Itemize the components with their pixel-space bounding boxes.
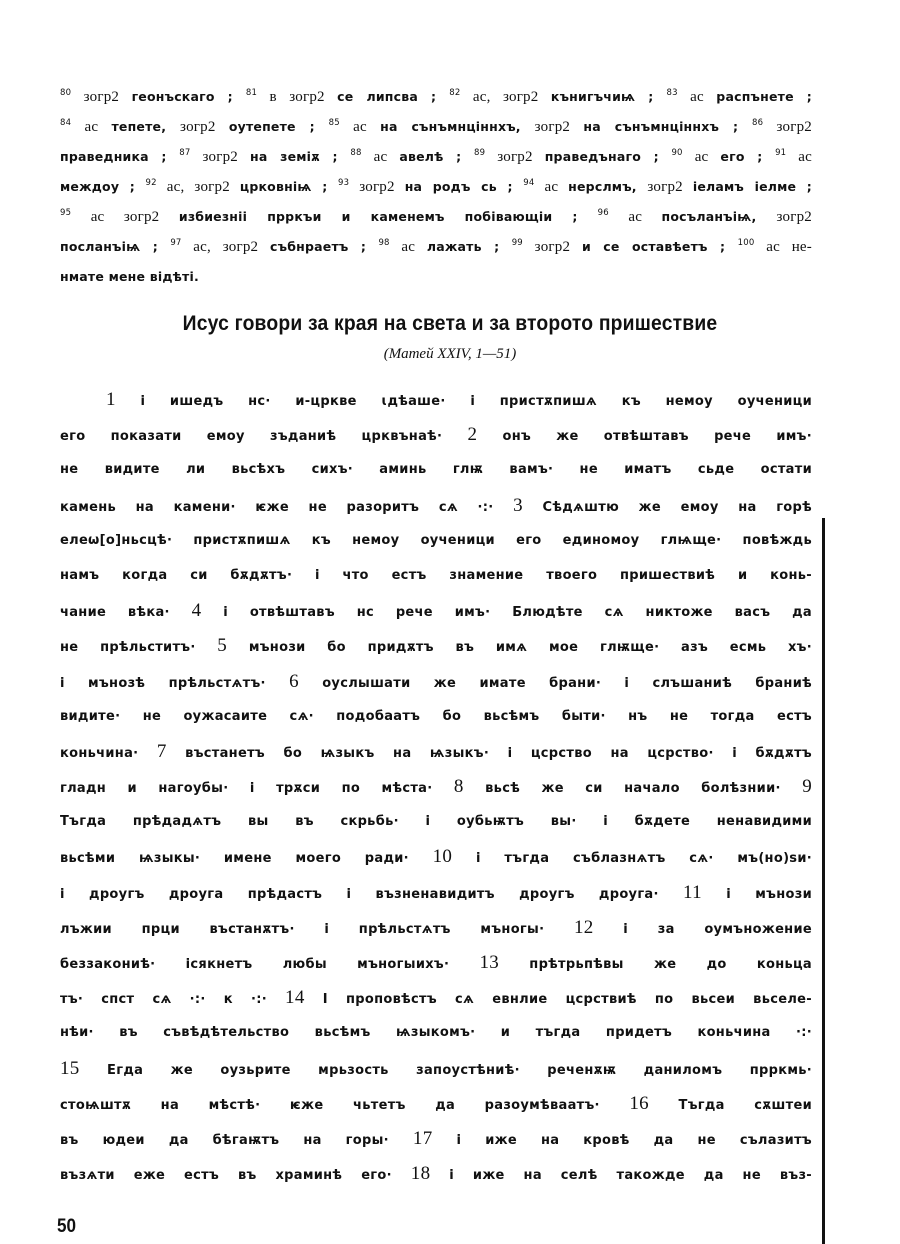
verse-number: 5 <box>217 635 227 656</box>
variant-reading: на родъ сь ; <box>405 179 524 194</box>
text-line: і дроугъ дроуга прѣдастъ і възненавидитъ… <box>60 875 812 910</box>
manuscript-siglum: зогр2 <box>647 179 692 195</box>
verse-text: і мънозѣ прѣльстѧтъ· <box>60 676 289 691</box>
variant-reading: междоу ; <box>60 179 146 194</box>
footnote-number: 92 <box>146 178 157 188</box>
footnote-number: 89 <box>474 148 485 158</box>
text-line: въ юдеи да бѣгаѭтъ на горы· 17 і иже на … <box>60 1121 812 1156</box>
text-line: не прѣльститъ· 5 мънози бо придѫтъ въ им… <box>60 628 812 663</box>
verse-text: стоѩштѫ на мѣстѣ· ѥже чьтетъ да разоумѣв… <box>60 1098 629 1113</box>
manuscript-siglum: ас <box>678 89 717 105</box>
verse-text: вьсѣми ѩзыкы· имене моего ради· <box>60 851 433 866</box>
text-line: възѧти еже естъ въ храминѣ его· 18 і иже… <box>60 1156 812 1191</box>
manuscript-siglum: ас, зогр2 <box>460 89 550 105</box>
verse-text: і за оумъножение <box>594 922 812 937</box>
footnote-number: 93 <box>338 178 349 188</box>
variant-reading: кънигъчиѩ ; <box>551 89 667 104</box>
page-number: 50 <box>57 1216 76 1238</box>
variant-reading: его ; <box>720 149 775 164</box>
manuscript-siglum: зогр2 <box>523 239 582 255</box>
manuscript-siglum: зогр2 <box>763 119 812 135</box>
verse-number: 4 <box>192 600 202 621</box>
footnote-number: 96 <box>598 208 609 218</box>
manuscript-siglum: зогр2 <box>535 119 584 135</box>
verse-text: і мънози <box>702 887 812 902</box>
verse-text: не видите ли вьсѣхъ сихъ· аминь глѭ вамъ… <box>60 462 812 477</box>
verse-text: прѣтрьпѣвы же до коньца <box>499 957 812 972</box>
verse-text: вьсѣ же си начало болѣзнии· <box>464 781 802 796</box>
verse-text: і дроугъ дроуга прѣдастъ і възненавидитъ… <box>60 887 683 902</box>
footnote-number: 100 <box>738 238 755 248</box>
manuscript-siglum: ас <box>683 149 721 165</box>
text-line: камень на камени· ѥже не разоритъ сѧ ·:·… <box>60 488 812 523</box>
text-line: видите· не оужасаите сѧ· подобаатъ бо вь… <box>60 699 812 734</box>
footnote-number: 94 <box>523 178 534 188</box>
verse-number: 6 <box>289 671 299 692</box>
text-line: не видите ли вьсѣхъ сихъ· аминь глѭ вамъ… <box>60 452 812 487</box>
text-line: Тъгда прѣдадѧтъ вы въ скрьбь· і оубьѭтъ … <box>60 804 812 839</box>
footnote-number: 85 <box>329 118 340 128</box>
footnote-line: нмате мене вiдѣтi. <box>60 262 812 292</box>
text-line: елеѡ[о]ньсцѣ· пристѫпишѧ къ немоу оучени… <box>60 523 812 558</box>
verse-text: Тъгда сѫштеи <box>649 1098 812 1113</box>
verse-text: оуслышати же имате брани· і слъшаниѣ бра… <box>299 676 812 691</box>
manuscript-siglum: ас <box>534 179 568 195</box>
variant-reading: на земiѫ ; <box>250 149 350 164</box>
verse-number: 14 <box>285 987 305 1008</box>
footnote-number: 97 <box>170 238 181 248</box>
text-line: 1 і ишедъ нс· и-цркве ꙇдѣаше· і пристѫпи… <box>60 382 812 417</box>
manuscript-siglum: ас, зогр2 <box>157 179 240 195</box>
verse-text: его показати емоу зъданиѣ црквънаѣ· <box>60 429 467 444</box>
text-line: коньчина· 7 въстанетъ бо ѩзыкъ на ѩзыкъ·… <box>60 734 812 769</box>
footnote-number: 99 <box>512 238 523 248</box>
verse-text: тъ· спст сѧ ·:· к ·:· <box>60 992 285 1007</box>
verse-text: І проповѣстъ сѧ евнлие цсрствиѣ по вьсеи… <box>305 992 812 1007</box>
text-line: вьсѣми ѩзыкы· имене моего ради· 10 і тъг… <box>60 839 812 874</box>
footnote-number: 86 <box>752 118 763 128</box>
text-line: і мънозѣ прѣльстѧтъ· 6 оуслышати же имат… <box>60 664 812 699</box>
footnote-number: 95 <box>60 208 71 218</box>
manuscript-siglum: ас не- <box>754 239 812 255</box>
manuscript-siglum: зогр2 <box>190 149 250 165</box>
verse-number: 13 <box>479 952 499 973</box>
text-line: его показати емоу зъданиѣ црквънаѣ· 2 он… <box>60 417 812 452</box>
text-line: гладн и нагоубы· і трѫси по мѣста· 8 вьс… <box>60 769 812 804</box>
verse-number: 1 <box>106 389 116 410</box>
footnote-number: 80 <box>60 88 71 98</box>
verse-text: камень на камени· ѥже не разоритъ сѧ ·:· <box>60 500 513 515</box>
verse-number: 16 <box>629 1093 649 1114</box>
text-line: стоѩштѫ на мѣстѣ· ѥже чьтетъ да разоумѣв… <box>60 1086 812 1121</box>
footnote-number: 82 <box>449 88 460 98</box>
variant-reading: црковнiѩ ; <box>240 179 338 194</box>
verse-number: 11 <box>683 882 702 903</box>
verse-text: і ишедъ нс· и-цркве ꙇдѣаше· і пристѫпишѧ… <box>116 394 812 409</box>
manuscript-siglum: зогр2 <box>71 89 131 105</box>
variant-reading: праведънаго ; <box>545 149 672 164</box>
scripture-reference: (Матей XXIV, 1—51) <box>0 346 900 363</box>
text-line: намъ когда си бѫдѫтъ· і что естъ знамени… <box>60 558 812 593</box>
verse-text: чание вѣка· <box>60 605 192 620</box>
verse-text: Егда же оузьрите мрьзость запоустѣниѣ· р… <box>80 1063 812 1078</box>
variant-reading: на сънъмнцiннхъ, <box>380 119 535 134</box>
verse-text: і тъгда съблазнѧтъ сѧ· мъ(но)ѕи· <box>452 851 812 866</box>
verse-text: елеѡ[о]ньсцѣ· пристѫпишѧ къ немоу оучени… <box>60 533 812 548</box>
footnote-number: 91 <box>775 148 786 158</box>
verse-text: намъ когда си бѫдѫтъ· і что естъ знамени… <box>60 568 812 583</box>
footnote-line: междоу ; 92 ас, зогр2 црковнiѩ ; 93 зогр… <box>60 172 812 202</box>
verse-text: беззакониѣ· ісякнетъ любы мъногыихъ· <box>60 957 479 972</box>
variant-reading: се липсва ; <box>337 89 449 104</box>
footnote-number: 83 <box>667 88 678 98</box>
variant-reading: нмате мене вiдѣтi. <box>60 269 199 284</box>
variant-reading: посъланъiѩ, <box>662 209 777 224</box>
manuscript-siglum: зогр2 <box>349 179 404 195</box>
verse-number: 8 <box>454 776 464 797</box>
manuscript-siglum: ас <box>390 239 427 255</box>
variant-reading: геонъскаго ; <box>132 89 246 104</box>
text-line: тъ· спст сѧ ·:· к ·:· 14 І проповѣстъ сѧ… <box>60 980 812 1015</box>
variant-reading: събнраетъ ; <box>270 239 378 254</box>
verse-number: 9 <box>802 776 812 797</box>
verse-number: 18 <box>411 1163 431 1184</box>
variant-reading: тепете, <box>111 119 180 134</box>
section-heading: Исус говори за края на света и за второт… <box>36 312 864 336</box>
verse-text: видите· не оужасаите сѧ· подобаатъ бо вь… <box>60 709 812 724</box>
text-line: беззакониѣ· ісякнетъ любы мъногыихъ· 13 … <box>60 945 812 980</box>
verse-number: 15 <box>60 1058 80 1079</box>
verse-text: не прѣльститъ· <box>60 640 217 655</box>
verse-text: і иже на селѣ такожде да не въз- <box>430 1168 812 1183</box>
text-line: чание вѣка· 4 і отвѣштавъ нс рече имъ· Б… <box>60 593 812 628</box>
variant-reading: авелѣ ; <box>399 149 474 164</box>
manuscript-siglum: ас <box>786 149 812 165</box>
variant-reading: и се оставѣетъ ; <box>582 239 738 254</box>
margin-rule <box>822 518 825 1244</box>
variant-reading: лажать ; <box>427 239 512 254</box>
variant-reading: нерслмъ, <box>568 179 647 194</box>
manuscript-siglum: ас <box>71 119 111 135</box>
variant-reading: оутепете ; <box>229 119 329 134</box>
manuscript-siglum: зогр2 <box>485 149 545 165</box>
text-line: лъжии прци въстанѫтъ· і прѣльстѧтъ мъног… <box>60 910 812 945</box>
variant-reading: на сънъмнцiннхъ ; <box>583 119 752 134</box>
verse-text: Тъгда прѣдадѧтъ вы въ скрьбь· і оубьѭтъ … <box>60 814 812 829</box>
verse-text: мънози бо придѫтъ въ имѧ мое глѭще· азъ … <box>227 640 812 655</box>
footnote-line: посланъiѩ ; 97 ас, зогр2 събнраетъ ; 98 … <box>60 232 812 262</box>
footnote-number: 90 <box>671 148 682 158</box>
manuscript-siglum: ас <box>609 209 662 225</box>
footnote-line: праведника ; 87 зогр2 на земiѫ ; 88 ас а… <box>60 142 812 172</box>
footnote-line: 84 ас тепете, зогр2 оутепете ; 85 ас на … <box>60 112 812 142</box>
verse-text: онъ же отвѣштавъ рече имъ· <box>477 429 812 444</box>
verse-text: лъжии прци въстанѫтъ· і прѣльстѧтъ мъног… <box>60 922 574 937</box>
main-text-block: 1 і ишедъ нс· и-цркве ꙇдѣаше· і пристѫпи… <box>60 382 812 1191</box>
manuscript-siglum: зогр2 <box>180 119 229 135</box>
verse-number: 3 <box>513 495 523 516</box>
variant-reading: iеламъ iелме ; <box>693 179 812 194</box>
manuscript-siglum: ас <box>340 119 380 135</box>
verse-text: нѣи· въ съвѣдѣтельство вьсѣмъ ѩзыкомъ· и… <box>60 1025 812 1040</box>
footnote-number: 88 <box>350 148 361 158</box>
footnote-number: 81 <box>246 88 257 98</box>
scanned-book-page: 80 зогр2 геонъскаго ; 81 в зогр2 се липс… <box>0 0 900 1244</box>
manuscript-siglum: ас зогр2 <box>71 209 179 225</box>
verse-number: 2 <box>467 424 477 445</box>
verse-text: гладн и нагоубы· і трѫси по мѣста· <box>60 781 454 796</box>
verse-number: 12 <box>574 917 594 938</box>
variant-reading: посланъiѩ ; <box>60 239 170 254</box>
footnote-number: 98 <box>378 238 389 248</box>
verse-text: възѧти еже естъ въ храминѣ его· <box>60 1168 411 1183</box>
verse-text: коньчина· <box>60 746 157 761</box>
text-line: нѣи· въ съвѣдѣтельство вьсѣмъ ѩзыкомъ· и… <box>60 1015 812 1050</box>
manuscript-siglum: в зогр2 <box>257 89 337 105</box>
footnotes-block: 80 зогр2 геонъскаго ; 81 в зогр2 се липс… <box>60 82 812 292</box>
verse-text: і отвѣштавъ нс рече имъ· Блюдѣте сѧ никт… <box>201 605 812 620</box>
variant-reading: распънете ; <box>716 89 812 104</box>
footnote-number: 87 <box>179 148 190 158</box>
footnote-line: 80 зогр2 геонъскаго ; 81 в зогр2 се липс… <box>60 82 812 112</box>
verse-text: і иже на кровѣ да не сълазитъ <box>433 1133 812 1148</box>
text-line: 15 Егда же оузьрите мрьзость запоустѣниѣ… <box>60 1051 812 1086</box>
verse-number: 10 <box>433 846 453 867</box>
manuscript-siglum: ас <box>362 149 400 165</box>
manuscript-siglum: ас, зогр2 <box>182 239 270 255</box>
verse-number: 7 <box>157 741 167 762</box>
verse-number: 17 <box>413 1128 433 1149</box>
verse-text: въстанетъ бо ѩзыкъ на ѩзыкъ· і цсрство н… <box>167 746 812 761</box>
verse-text: въ юдеи да бѣгаѭтъ на горы· <box>60 1133 413 1148</box>
variant-reading: праведника ; <box>60 149 179 164</box>
manuscript-siglum: зогр2 <box>777 209 813 225</box>
footnote-line: 95 ас зогр2 избиезнii прркъи и каменемъ … <box>60 202 812 232</box>
footnote-number: 84 <box>60 118 71 128</box>
variant-reading: избиезнii прркъи и каменемъ побiвающiи ; <box>179 209 598 224</box>
verse-text: Сѣдѧштю же емоу на горѣ <box>523 500 812 515</box>
